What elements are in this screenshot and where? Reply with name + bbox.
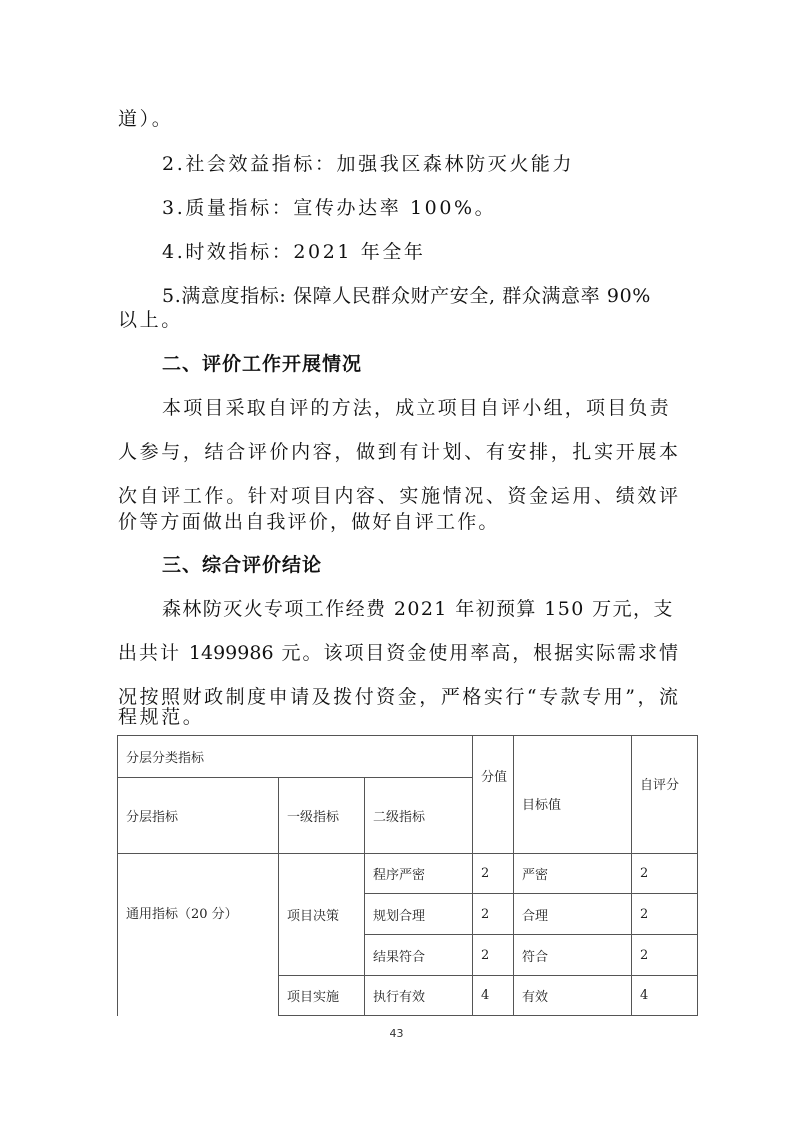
section2-line-4: 价等方面做出自我评价，做好自评工作。: [118, 510, 500, 534]
header-group-indicators: 分层分类指标: [118, 736, 473, 778]
level1-project-decision: 项目决策: [279, 854, 365, 976]
section3-line-4: 程规范。: [118, 705, 204, 729]
layer-general-indicators: 通用指标（20 分）: [118, 854, 279, 1016]
self-score-cell: 4: [632, 976, 698, 1016]
header-score: 分值: [473, 736, 514, 854]
indicator-quality: 3.质量指标：宣传办达率 100%。: [162, 196, 496, 220]
performance-evaluation-table: 分层分类指标 分值 目标值 自评分 分层指标 一级指标 二级指标 通用指标（20…: [117, 735, 698, 1016]
header-level1: 一级指标: [279, 778, 365, 854]
section2-line-1: 本项目采取自评的方法，成立项目自评小组，项目负责: [162, 396, 671, 420]
section3-line-2: 出共计 1499986 元。该项目资金使用率高，根据实际需求情: [118, 641, 678, 665]
target-cell: 严密: [514, 854, 632, 894]
header-layer: 分层指标: [118, 778, 279, 854]
self-score-cell: 2: [632, 935, 698, 976]
target-cell: 符合: [514, 935, 632, 976]
section2-line-3: 次自评工作。针对项目内容、实施情况、资金运用、绩效评: [118, 484, 678, 508]
level2-cell: 程序严密: [365, 854, 473, 894]
target-cell: 合理: [514, 894, 632, 935]
score-cell: 2: [473, 854, 514, 894]
level2-cell: 结果符合: [365, 935, 473, 976]
indicator-timeliness: 4.时效指标：2021 年全年: [162, 240, 426, 264]
level1-project-implementation: 项目实施: [279, 976, 365, 1016]
section3-line-1: 森林防灭火专项工作经费 2021 年初预算 150 万元，支: [162, 597, 674, 621]
page-number: 43: [0, 1027, 793, 1040]
level2-cell: 执行有效: [365, 976, 473, 1016]
paragraph-continuation: 道）。: [118, 107, 173, 131]
indicator-satisfaction: 5.满意度指标: 保障人民群众财产安全, 群众满意率 90%: [162, 284, 651, 308]
table-row: 通用指标（20 分） 项目决策 程序严密 2 严密 2: [118, 854, 698, 894]
section2-line-2: 人参与，结合评价内容，做到有计划、有安排，扎实开展本: [118, 440, 678, 464]
self-score-cell: 2: [632, 854, 698, 894]
section-heading-conclusion: 三、综合评价结论: [162, 553, 322, 577]
header-target: 目标值: [514, 736, 632, 854]
section-heading-evaluation-work: 二、评价工作开展情况: [162, 352, 362, 376]
indicator-social-benefit: 2.社会效益指标：加强我区森林防灭火能力: [162, 152, 574, 176]
score-cell: 2: [473, 935, 514, 976]
header-level2: 二级指标: [365, 778, 473, 854]
score-cell: 4: [473, 976, 514, 1016]
score-cell: 2: [473, 894, 514, 935]
self-score-cell: 2: [632, 894, 698, 935]
indicator-satisfaction-cont: 以上。: [118, 308, 183, 332]
target-cell: 有效: [514, 976, 632, 1016]
header-self-score: 自评分: [632, 736, 698, 854]
level2-cell: 规划合理: [365, 894, 473, 935]
